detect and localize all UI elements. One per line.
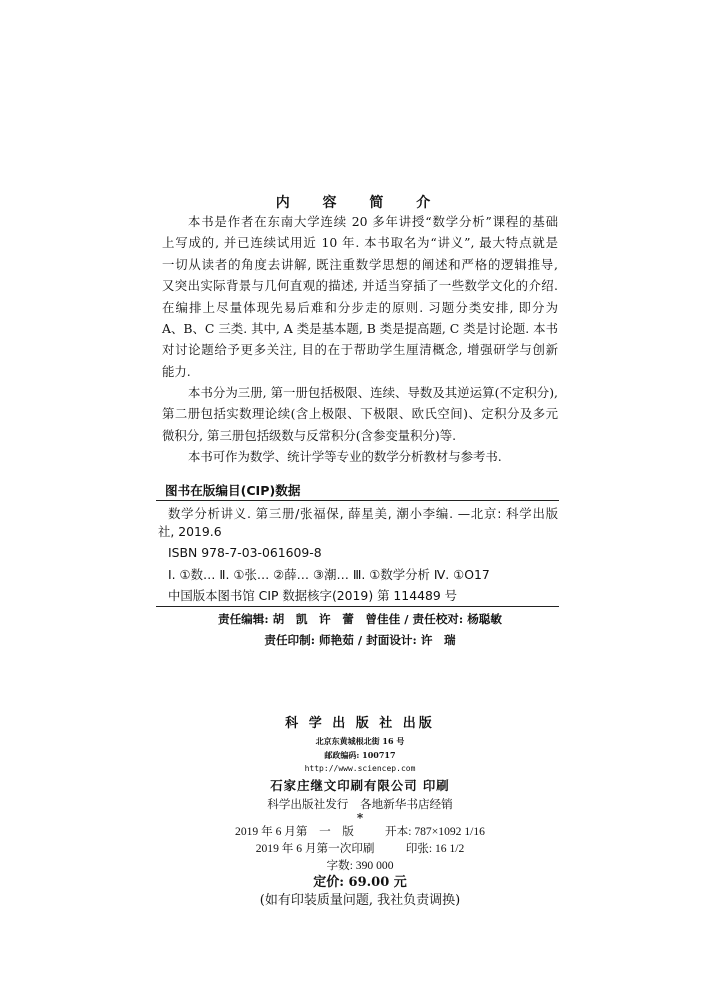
- summary-paragraph-2: 本书分为三册, 第一册包括极限、连续、导数及其逆运算(不定积分), 第二册包括实…: [162, 382, 558, 446]
- text-line: 本书可作为数学、统计学等专业的数学分析教材与参考书.: [162, 446, 558, 467]
- text-line: 第二册包括实数理论续(含上极限、下极限、欧氏空间)、定积分及多元: [162, 403, 558, 424]
- edition-info: 2019 年 6 月第 一 版开本: 787×1092 1/16: [0, 823, 720, 840]
- imprint: 科 学 出 版 社 出版 北京东黄城根北街 16 号 邮政编码: 100717 …: [0, 714, 720, 910]
- publisher-postcode: 邮政编码: 100717: [0, 748, 720, 762]
- cip-bottom-rule: [156, 606, 559, 607]
- cip-heading: 图书在版编目(CIP)数据: [165, 480, 300, 499]
- text-line: 在编排上尽量体现先易后难和分步走的原则. 习题分类安排, 即分为: [162, 297, 558, 318]
- cip-block: 数学分析讲义. 第三册/张福保, 薛星美, 潮小李编. —北京: 科学出版 社,…: [158, 503, 558, 607]
- credits-production: 责任印制: 师艳茹 / 封面设计: 许 瑞: [0, 630, 720, 651]
- cip-classification: Ⅰ. ①数… Ⅱ. ①张… ②薛… ③潮… Ⅲ. ①数学分析 Ⅳ. ①O17: [158, 564, 558, 586]
- word-count: 字数: 390 000: [0, 857, 720, 874]
- price: 定价: 69.00 元: [0, 874, 720, 892]
- summary-paragraph-1: 本书是作者在东南大学连续 20 多年讲授“数学分析”课程的基础 上写成的, 并已…: [162, 211, 558, 382]
- text-line: 能力.: [162, 361, 558, 382]
- format: 开本: 787×1092 1/16: [385, 825, 485, 838]
- quality-note: (如有印装质量问题, 我社负责调换): [0, 892, 720, 910]
- text-line: 上写成的, 并已连续试用近 10 年. 本书取名为“讲义”, 最大特点就是: [162, 232, 558, 253]
- text-line: 对讨论题给予更多关注, 目的在于帮助学生厘清概念, 增强研学与创新: [162, 339, 558, 360]
- text-line: 微积分, 第三册包括级数与反常积分(含参变量积分)等.: [162, 425, 558, 446]
- cip-top-rule: [156, 500, 559, 501]
- text-line: 本书是作者在东南大学连续 20 多年讲授“数学分析”课程的基础: [162, 211, 558, 232]
- credits: 责任编辑: 胡 凯 许 蕾 曾佳佳 / 责任校对: 杨聪敏 责任印制: 师艳茹 …: [0, 609, 720, 651]
- printing: 2019 年 6 月第一次印刷: [256, 840, 406, 857]
- text-line: 本书分为三册, 第一册包括极限、连续、导数及其逆运算(不定积分),: [162, 382, 558, 403]
- printing-info: 2019 年 6 月第一次印刷印张: 16 1/2: [0, 840, 720, 857]
- text-line: 又突出实际背景与几何直观的描述, 并适当穿插了一些数学文化的介绍.: [162, 275, 558, 296]
- printer: 石家庄继文印刷有限公司 印刷: [0, 776, 720, 796]
- cip-isbn: ISBN 978-7-03-061609-8: [158, 542, 558, 564]
- credits-editors: 责任编辑: 胡 凯 许 蕾 曾佳佳 / 责任校对: 杨聪敏: [0, 609, 720, 630]
- star-separator: *: [0, 813, 720, 823]
- summary-title: 内 容 简 介: [0, 192, 720, 212]
- publisher: 科 学 出 版 社 出版: [0, 714, 720, 734]
- cip-number: 中国版本图书馆 CIP 数据核字(2019) 第 114489 号: [158, 585, 558, 607]
- publisher-address: 北京东黄城根北街 16 号: [0, 734, 720, 748]
- text-line: 一切从读者的角度去讲解, 既注重数学思想的阐述和严格的逻辑推导,: [162, 254, 558, 275]
- sheets: 印张: 16 1/2: [406, 842, 465, 855]
- edition: 2019 年 6 月第 一 版: [235, 823, 385, 840]
- summary-paragraph-3: 本书可作为数学、统计学等专业的数学分析教材与参考书.: [162, 446, 558, 467]
- publisher-url: http://www.sciencep.com: [0, 762, 720, 776]
- text-line: A、B、C 三类. 其中, A 类是基本题, B 类是提高题, C 类是讨论题.…: [162, 318, 558, 339]
